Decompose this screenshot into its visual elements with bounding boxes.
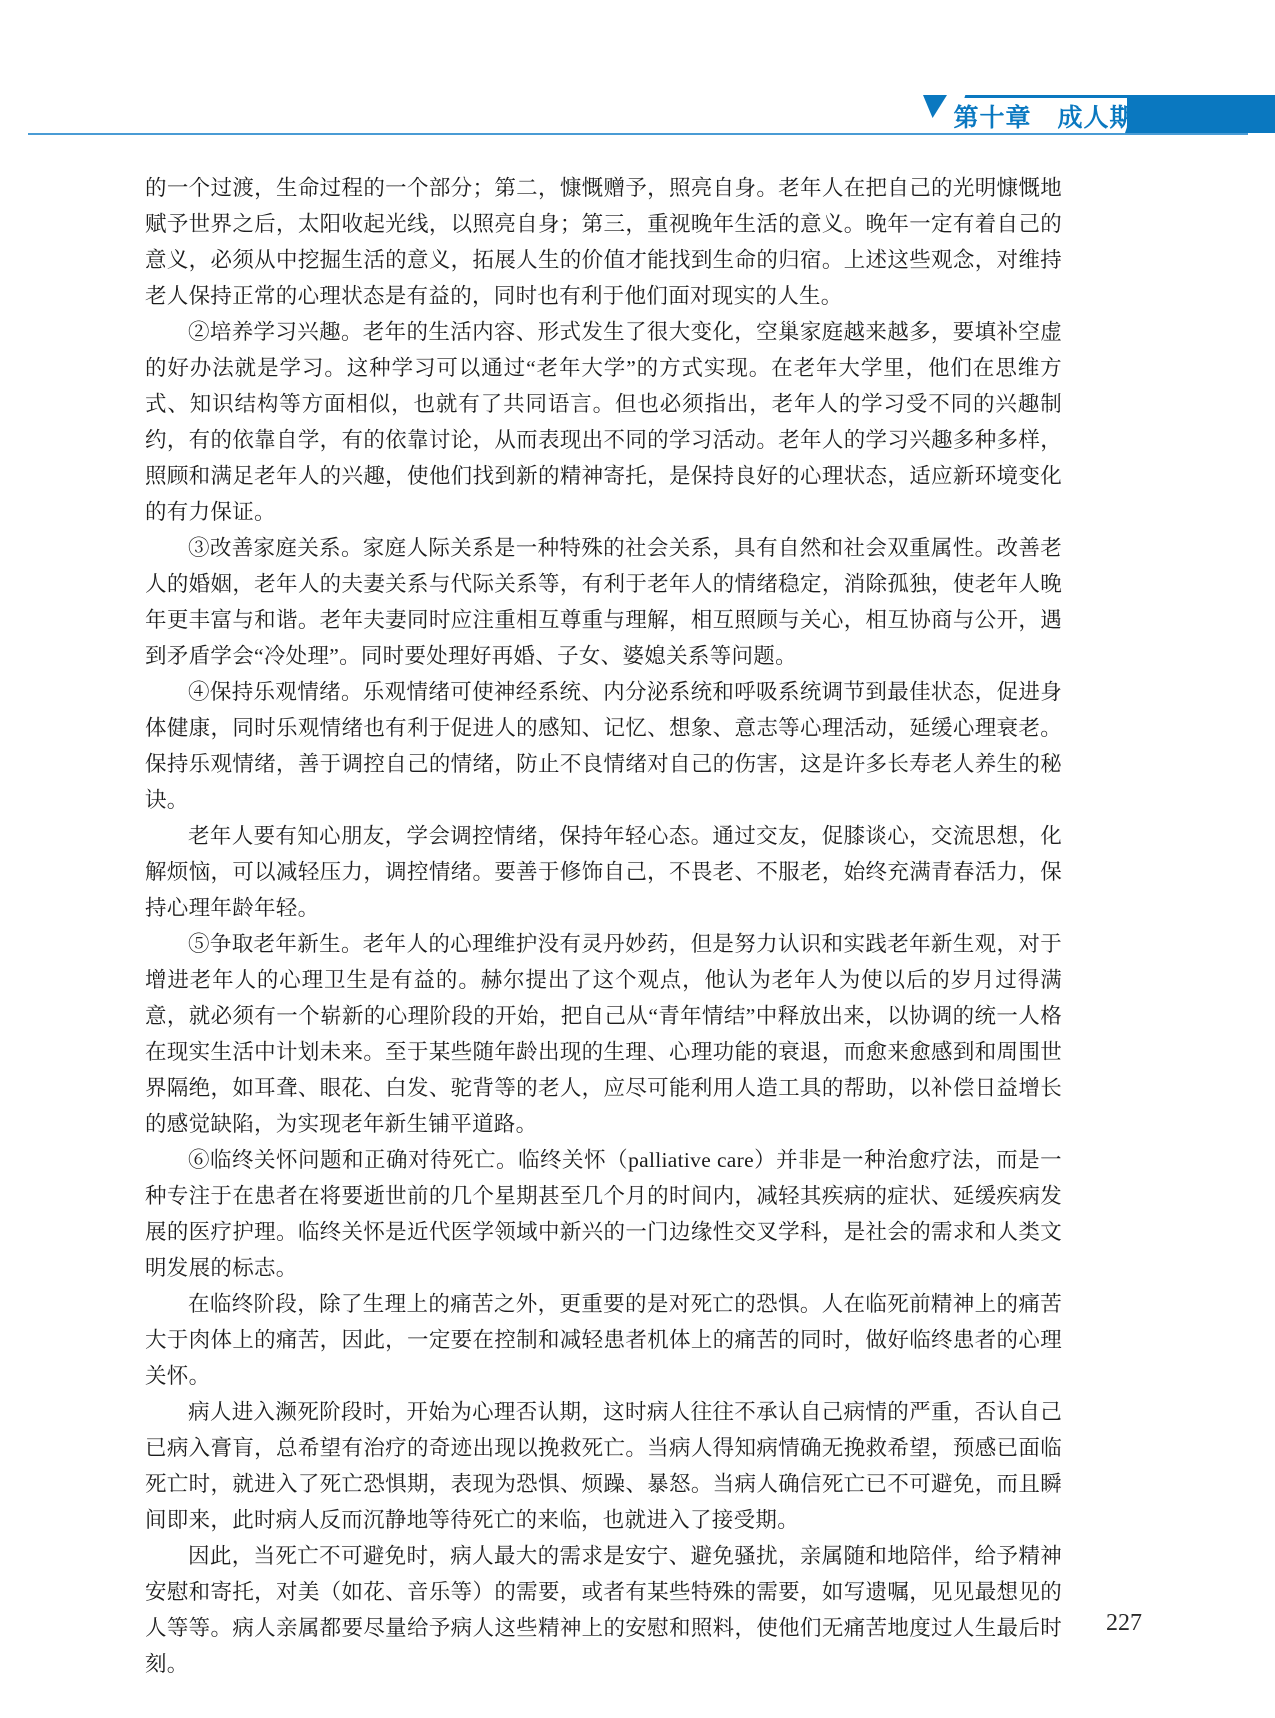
header-rule [28,133,1248,135]
page-number: 227 [1106,1610,1142,1637]
paragraph-terminal-stage: 在临终阶段，除了生理上的痛苦之外，更重要的是对死亡的恐惧。人在临死前精神上的痛苦… [145,1286,1062,1394]
page-body: 的一个过渡，生命过程的一个部分；第二，慷慨赠予，照亮自身。老年人在把自己的光明慷… [145,170,1062,1682]
document-page: 第十章 成人期 的一个过渡，生命过程的一个部分；第二，慷慨赠予，照亮自身。老年人… [0,0,1275,1718]
chapter-title: 第十章 成人期 [954,98,1136,134]
paragraph-dying-stages: 病人进入濒死阶段时，开始为心理否认期，这时病人往往不承认自己病情的严重，否认自己… [145,1394,1062,1538]
header-corner-ornament [923,95,947,118]
paragraph-optimistic-mood: ④保持乐观情绪。乐观情绪可使神经系统、内分泌系统和呼吸系统调节到最佳状态，促进身… [145,674,1062,818]
paragraph-final-needs: 因此，当死亡不可避免时，病人最大的需求是安宁、避免骚扰，亲属随和地陪伴，给予精神… [145,1538,1062,1682]
paragraph-new-life: ⑤争取老年新生。老年人的心理维护没有灵丹妙药，但是努力认识和实践老年新生观，对于… [145,926,1062,1142]
paragraph-palliative-care: ⑥临终关怀问题和正确对待死亡。临终关怀（palliative care）并非是一… [145,1142,1062,1286]
paragraph-continuation: 的一个过渡，生命过程的一个部分；第二，慷慨赠予，照亮自身。老年人在把自己的光明慷… [145,170,1062,314]
paragraph-family-relations: ③改善家庭关系。家庭人际关系是一种特殊的社会关系，具有自然和社会双重属性。改善老… [145,530,1062,674]
chapter-label-box: 第十章 成人期 [953,95,1144,133]
header-end-block [1127,95,1275,133]
paragraph-learning-interest: ②培养学习兴趣。老年的生活内容、形式发生了很大变化，空巢家庭越来越多，要填补空虚… [145,314,1062,530]
paragraph-close-friends: 老年人要有知心朋友，学会调控情绪，保持年轻心态。通过交友，促膝谈心，交流思想，化… [145,818,1062,926]
chapter-header-tab: 第十章 成人期 [915,95,1275,133]
